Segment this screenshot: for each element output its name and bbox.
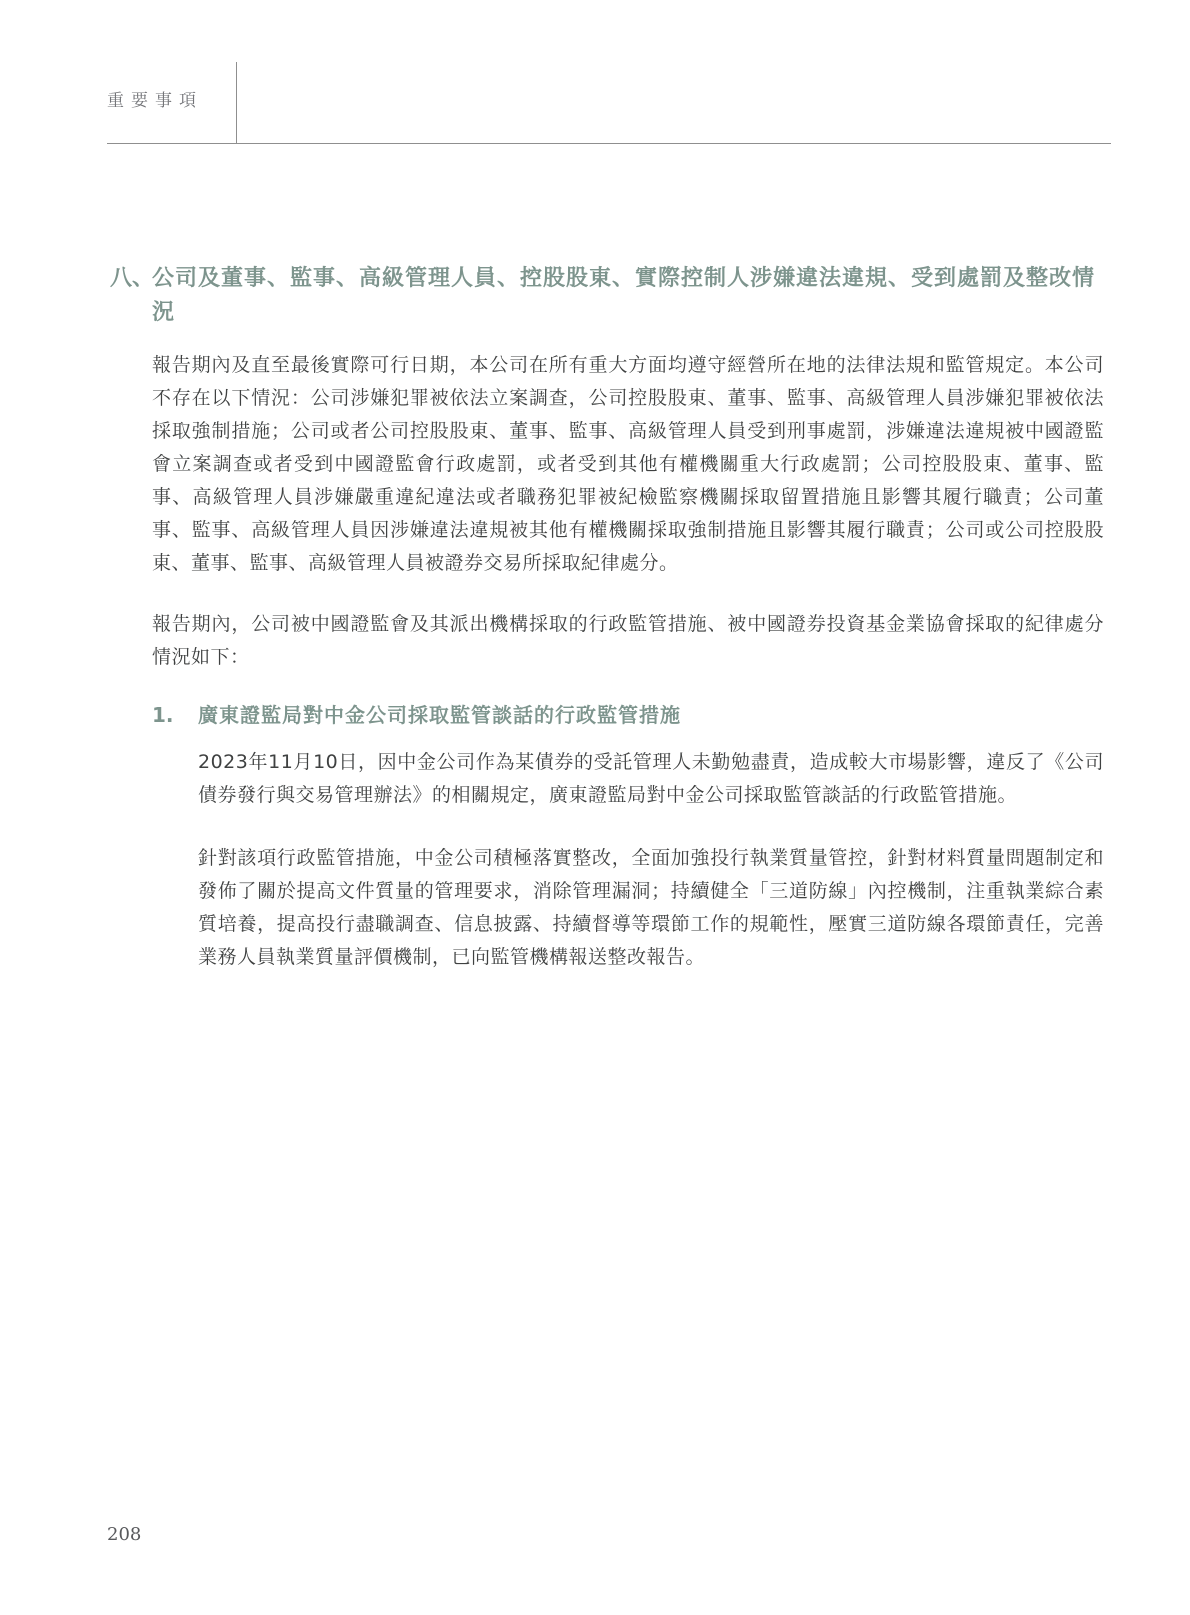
section-title: 公司及董事、監事、高級管理人員、控股股東、實際控制人涉嫌違法違規、受到處罰及整改…: [152, 262, 1104, 330]
header-horizontal-rule: [107, 143, 1111, 144]
section-number: 八、: [110, 262, 152, 330]
section-paragraph-1: 報告期內及直至最後實際可行日期，本公司在所有重大方面均遵守經營所在地的法律法規和…: [152, 349, 1104, 580]
subsection-paragraph-1: 2023年11月10日，因中金公司作為某債券的受託管理人未勤勉盡責，造成較大市場…: [198, 746, 1104, 812]
subsection-paragraph-2: 針對該項行政監管措施，中金公司積極落實整改，全面加強投行執業質量管控，針對材料質…: [198, 842, 1104, 974]
subsection-number: 1.: [152, 700, 198, 730]
section-paragraph-2: 報告期內，公司被中國證監會及其派出機構採取的行政監管措施、被中國證券投資基金業協…: [152, 608, 1104, 674]
subsection-heading: 1. 廣東證監局對中金公司採取監管談話的行政監管措施: [152, 700, 1104, 730]
running-header-title: 重要事項: [107, 86, 203, 111]
main-content: 八、 公司及董事、監事、高級管理人員、控股股東、實際控制人涉嫌違法違規、受到處罰…: [110, 262, 1104, 974]
subsection-1: 1. 廣東證監局對中金公司採取監管談話的行政監管措施 2023年11月10日，因…: [152, 700, 1104, 974]
document-page: 重要事項 八、 公司及董事、監事、高級管理人員、控股股東、實際控制人涉嫌違法違規…: [0, 0, 1190, 1615]
page-number: 208: [107, 1524, 141, 1545]
subsection-title: 廣東證監局對中金公司採取監管談話的行政監管措施: [198, 700, 1104, 730]
section-heading: 八、 公司及董事、監事、高級管理人員、控股股東、實際控制人涉嫌違法違規、受到處罰…: [110, 262, 1104, 330]
header-vertical-divider: [236, 62, 237, 143]
